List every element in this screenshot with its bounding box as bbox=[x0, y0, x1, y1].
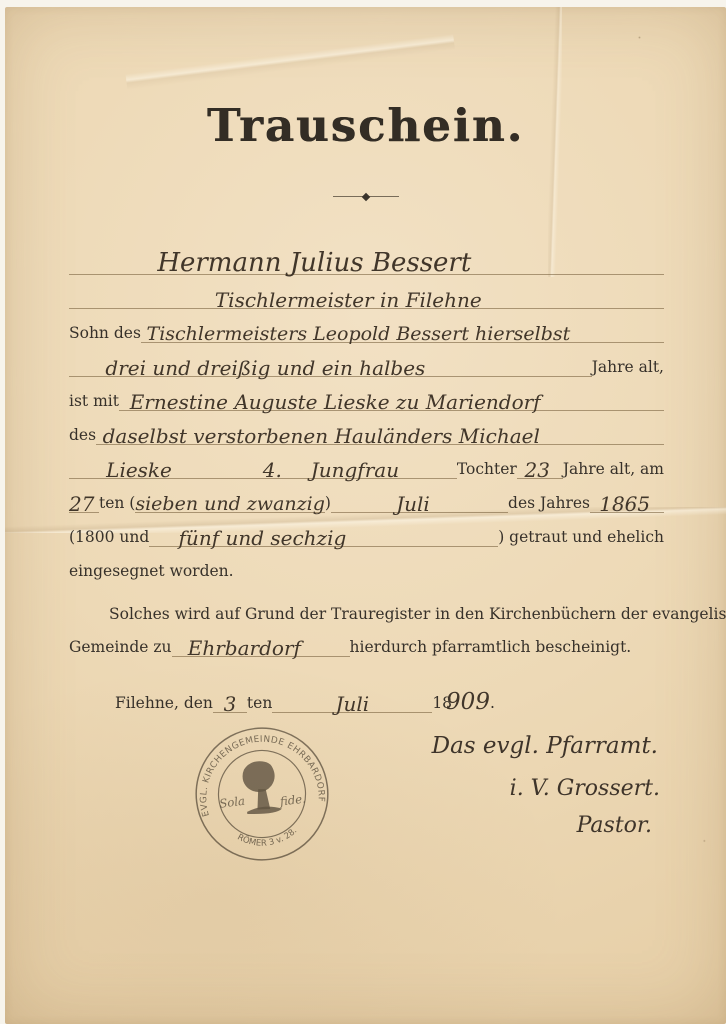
year-label: des Jahres bbox=[508, 494, 590, 517]
groom-occupation-ruled-line: Tischlermeister in Filehne bbox=[69, 279, 664, 313]
dateline-month-ruled-line: Juli bbox=[272, 679, 432, 717]
married-suffix2-row: eingesegnet worden. bbox=[69, 551, 664, 585]
wedding-month-handwriting: Juli bbox=[396, 494, 430, 517]
married-suffix-label: ) getraut und ehelich bbox=[498, 528, 664, 551]
age-label: Jahre alt, bbox=[592, 358, 664, 381]
dateline-day-ruled-line: 3 bbox=[213, 679, 247, 717]
dateline-place-label: Filehne, den bbox=[115, 694, 213, 717]
day-ruled-line: 27 bbox=[69, 483, 99, 517]
bride-father-row: des daselbst verstorbenen Hauländers Mic… bbox=[69, 415, 664, 449]
bride-father-ruled-line: daselbst verstorbenen Hauländers Michael bbox=[96, 415, 664, 449]
signature-block: Das evgl. Pfarramt. i. V. Grossert. Past… bbox=[392, 733, 662, 838]
dateline-day-suffix-label: ten bbox=[247, 694, 272, 717]
stamp-sola-text: Sola bbox=[218, 794, 245, 811]
divider-diamond bbox=[361, 192, 369, 200]
certification-line1-row: Solches wird auf Grund der Trauregister … bbox=[69, 595, 664, 628]
bride-father-handwriting: daselbst verstorbenen Hauländers Michael bbox=[103, 426, 540, 449]
certificate-paper: Trauschein. Hermann Julius Bessert Tisch… bbox=[5, 7, 726, 1024]
father-ruled-line: Tischlermeisters Leopold Bessert hiersel… bbox=[141, 313, 664, 347]
certificate-form: Hermann Julius Bessert Tischlermeister i… bbox=[69, 245, 664, 717]
bride-status-handwriting: Jungfrau bbox=[311, 460, 399, 483]
wedding-year-words-handwriting: fünf und sechzig bbox=[179, 528, 347, 551]
fold-crease-top bbox=[123, 15, 457, 105]
bride-father2-handwriting: Lieske bbox=[106, 460, 172, 483]
dateline-period: . bbox=[490, 694, 495, 717]
wedding-date-row: 27 ten ( sieben und zwanzig ) Juli des J… bbox=[69, 483, 664, 517]
father-row: Sohn des Tischlermeisters Leopold Besser… bbox=[69, 313, 664, 347]
stamp-fide-text: fide. bbox=[278, 792, 306, 809]
certification-line1: Solches wird auf Grund der Trauregister … bbox=[69, 605, 726, 628]
bride-status-row: Lieske 4. Jungfrau Tochter 23 Jahre alt,… bbox=[69, 449, 664, 483]
son-of-label: Sohn des bbox=[69, 324, 141, 347]
certification-paragraph: Solches wird auf Grund der Trauregister … bbox=[69, 595, 664, 661]
groom-age-ruled-line: drei und dreißig und ein halbes bbox=[69, 347, 592, 381]
married-to-label: ist mit bbox=[69, 392, 119, 415]
certification-line2-row: Gemeinde zu Ehrbardorf hierdurch pfarram… bbox=[69, 628, 664, 661]
bride-handwriting: Ernestine Auguste Lieske zu Mariendorf bbox=[130, 392, 541, 415]
parish-handwriting: Ehrbardorf bbox=[188, 638, 301, 661]
groom-occupation-handwriting: Tischlermeister in Filehne bbox=[215, 290, 482, 313]
bride-note-handwriting: 4. bbox=[263, 460, 282, 483]
parish-ruled-line: Ehrbardorf bbox=[172, 628, 350, 661]
parish-stamp: EVGL. KIRCHENGEMEINDE EHRBARDORF RÖMER 3… bbox=[185, 717, 339, 871]
parish-stamp-seal: EVGL. KIRCHENGEMEINDE EHRBARDORF RÖMER 3… bbox=[185, 717, 339, 871]
bride-age-label: Jahre alt, am bbox=[563, 460, 664, 483]
groom-name-ruled-line: Hermann Julius Bessert bbox=[69, 245, 664, 279]
year-ruled-line: 1865 bbox=[590, 483, 664, 517]
daughter-label: Tochter bbox=[457, 460, 517, 483]
bride-age-handwriting: 23 bbox=[525, 460, 550, 483]
day-suffix-label: ten ( bbox=[99, 494, 135, 517]
certification-prefix2: Gemeinde zu bbox=[69, 638, 172, 661]
year-words-row: (1800 und fünf und sechzig ) getraut und… bbox=[69, 517, 664, 551]
certification-suffix2: hierdurch pfarramtlich bescheinigt. bbox=[350, 638, 632, 661]
of-label: des bbox=[69, 426, 96, 449]
title-divider bbox=[333, 193, 399, 200]
wedding-year-handwriting: 1865 bbox=[599, 494, 650, 517]
year-paren-label: (1800 und bbox=[69, 528, 149, 551]
wedding-day-words-handwriting: sieben und zwanzig bbox=[135, 495, 325, 517]
month-ruled-line: Juli bbox=[331, 483, 508, 517]
groom-name-handwriting: Hermann Julius Bessert bbox=[157, 250, 471, 279]
groom-age-row: drei und dreißig und ein halbes Jahre al… bbox=[69, 347, 664, 381]
stamp-ring-bottom-text: RÖMER 3 v. 28. bbox=[234, 825, 300, 852]
wedding-day-handwriting: 27 bbox=[69, 494, 94, 517]
signature-office-handwriting: Das evgl. Pfarramt. bbox=[392, 733, 662, 759]
married-suffix2-label: eingesegnet worden. bbox=[69, 562, 234, 585]
chalice-icon bbox=[241, 759, 282, 816]
day-words-ruled-line: sieben und zwanzig bbox=[135, 483, 325, 517]
groom-age-handwriting: drei und dreißig und ein halbes bbox=[105, 358, 425, 381]
groom-name-row: Hermann Julius Bessert bbox=[69, 245, 664, 279]
father-handwriting: Tischlermeisters Leopold Bessert hiersel… bbox=[147, 325, 571, 347]
signature-name-handwriting: i. V. Grossert. bbox=[392, 776, 662, 801]
dateline-month-handwriting: Juli bbox=[335, 694, 369, 717]
dateline-row: Filehne, den 3 ten Juli 18 909 . bbox=[69, 679, 664, 717]
bride-age-ruled-line: 23 bbox=[517, 449, 563, 483]
dateline-year-handwriting: 909 bbox=[446, 691, 490, 717]
signature-title-handwriting: Pastor. bbox=[392, 813, 662, 838]
document-title: Trauschein. bbox=[5, 99, 726, 152]
dateline-day-handwriting: 3 bbox=[224, 694, 237, 717]
bride-ruled-line: Ernestine Auguste Lieske zu Mariendorf bbox=[119, 381, 664, 415]
svg-text:RÖMER 3 v. 28.: RÖMER 3 v. 28. bbox=[234, 825, 300, 852]
groom-occupation-row: Tischlermeister in Filehne bbox=[69, 279, 664, 313]
bride-status-ruled-line: Lieske 4. Jungfrau bbox=[69, 449, 457, 483]
year-words-ruled-line: fünf und sechzig bbox=[149, 517, 498, 551]
bride-row: ist mit Ernestine Auguste Lieske zu Mari… bbox=[69, 381, 664, 415]
